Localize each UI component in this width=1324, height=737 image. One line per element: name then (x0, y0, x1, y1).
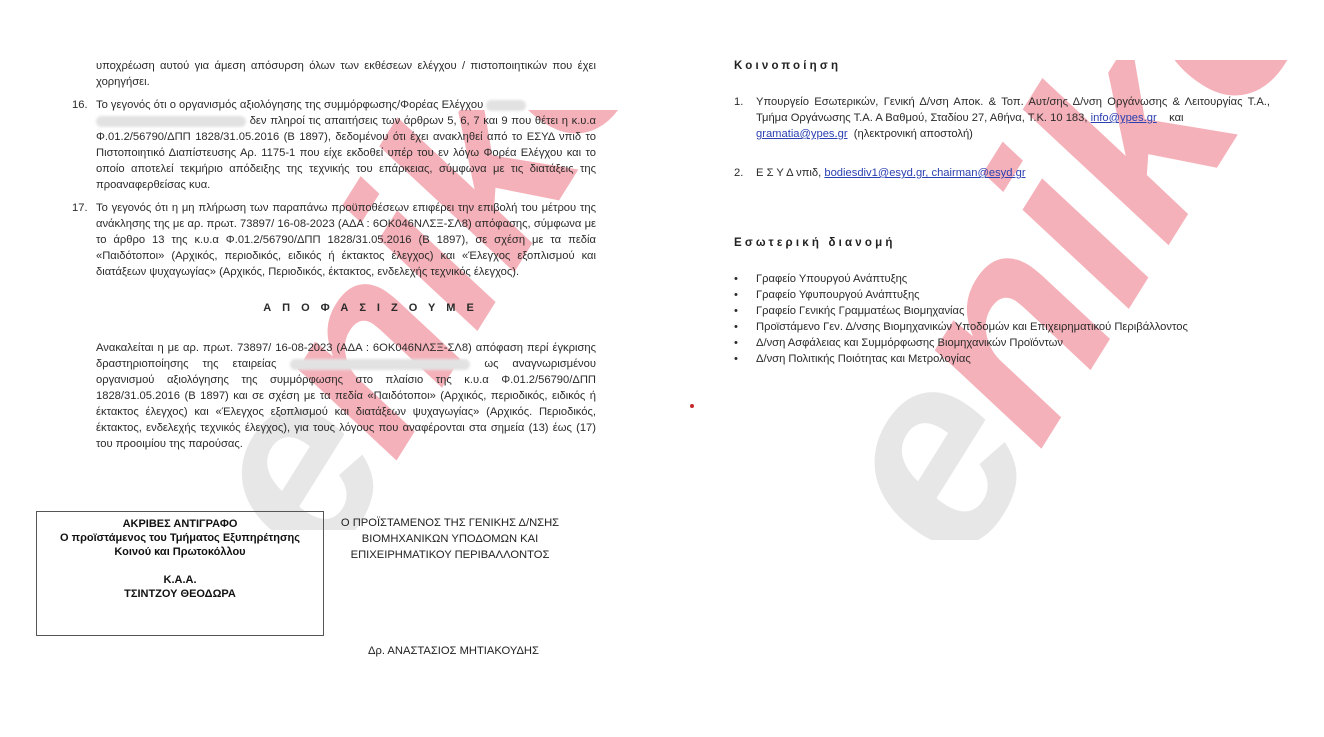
certified-copy-stamp: ΑΚΡΙΒΕΣ ΑΝΤΙΓΡΑΦΟ Ο προϊστάμενος του Τμή… (36, 511, 324, 636)
redacted-name (96, 116, 246, 127)
bullet-icon: • (734, 303, 756, 319)
email-link-info[interactable]: info@ypes.gr (1091, 112, 1157, 124)
item-number: 17. (72, 200, 96, 280)
left-page: υποχρέωση αυτού για άμεση απόσυρση όλων … (72, 58, 596, 452)
bullet-icon: • (734, 271, 756, 287)
signer-title: Ο ΠΡΟΪΣΤΑΜΕΝΟΣ ΤΗΣ ΓΕΝΙΚΗΣ Δ/ΝΣΗΣ ΒΙΟΜΗΧ… (334, 515, 566, 563)
distribution-item-text: Δ/νση Ασφάλειας και Συμμόρφωσης Βιομηχαν… (756, 335, 1063, 351)
distribution-heading: Εσωτερική διανομή (734, 235, 1270, 251)
email-link-gramatia[interactable]: gramatia@ypes.gr (756, 128, 848, 140)
distribution-item-text: Γραφείο Υπουργού Ανάπτυξης (756, 271, 907, 287)
signer-line-1: Ο ΠΡΟΪΣΤΑΜΕΝΟΣ ΤΗΣ ΓΕΝΙΚΗΣ Δ/ΝΣΗΣ (334, 515, 566, 531)
item-number: 1. (734, 94, 756, 142)
list-item: •Δ/νση Ασφάλειας και Συμμόρφωσης Βιομηχα… (734, 335, 1270, 351)
item-17-body: Το γεγονός ότι η μη πλήρωση των παραπάνω… (96, 200, 596, 280)
bullet-icon: • (734, 351, 756, 367)
redacted-company (290, 359, 470, 370)
list-item-16: 16. Το γεγονός ότι ο οργανισμός αξιολόγη… (72, 97, 596, 193)
signer-line-2: ΒΙΟΜΗΧΑΝΙΚΩΝ ΥΠΟΔΟΜΩΝ ΚΑΙ (334, 531, 566, 547)
item-16-body: Το γεγονός ότι ο οργανισμός αξιολόγησης … (96, 97, 596, 193)
right-page: Κοινοποίηση 1. Υπουργείο Εσωτερικών, Γεν… (734, 58, 1270, 367)
stamp-name: ΤΣΙΝΤΖΟΥ ΘΕΟΔΩΡΑ (37, 587, 323, 601)
bullet-icon: • (734, 335, 756, 351)
item-number: 2. (734, 165, 756, 181)
distribution-item-text: Γραφείο Γενικής Γραμματέως Βιομηχανίας (756, 303, 964, 319)
stamp-department: Κοινού και Πρωτοκόλλου (37, 545, 323, 559)
paragraph-15-tail: υποχρέωση αυτού για άμεση απόσυρση όλων … (72, 58, 596, 90)
list-item: •Γραφείο Υπουργού Ανάπτυξης (734, 271, 1270, 287)
connector-text: και (1169, 112, 1183, 124)
stamp-role: Ο προϊστάμενος του Τμήματος Εξυπηρέτησης (37, 531, 323, 545)
notification-2-text: Ε Σ Υ Δ νπιδ, (756, 167, 821, 179)
item-number: 16. (72, 97, 96, 193)
distribution-item-text: Προϊστάμενο Γεν. Δ/νσης Βιομηχανικών Υπο… (756, 319, 1188, 335)
notification-item-1: 1. Υπουργείο Εσωτερικών, Γενική Δ/νση Απ… (734, 94, 1270, 142)
distribution-item-text: Δ/νση Πολιτικής Ποιότητας και Μετρολογία… (756, 351, 971, 367)
list-item: •Προϊστάμενο Γεν. Δ/νσης Βιομηχανικών Υπ… (734, 319, 1270, 335)
list-item: •Δ/νση Πολιτικής Ποιότητας και Μετρολογί… (734, 351, 1270, 367)
red-dot-mark (690, 404, 694, 408)
notification-1-text: Υπουργείο Εσωτερικών, Γενική Δ/νση Αποκ.… (756, 96, 1270, 124)
list-item: •Γραφείο Υφυπουργού Ανάπτυξης (734, 287, 1270, 303)
notification-2-body: Ε Σ Υ Δ νπιδ, bodiesdiv1@esyd.gr, chairm… (756, 165, 1270, 181)
decision-text-end: ως αναγνωρισμένου οργανισμού αξιολόγησης… (96, 358, 596, 450)
signer-line-3: ΕΠΙΧΕΙΡΗΜΑΤΙΚΟΥ ΠΕΡΙΒΑΛΛΟΝΤΟΣ (334, 547, 566, 563)
decision-body: Ανακαλείται η με αρ. πρωτ. 73897/ 16-08-… (72, 340, 596, 452)
bullet-icon: • (734, 319, 756, 335)
notification-heading: Κοινοποίηση (734, 58, 1270, 74)
notification-1-suffix: (ηλεκτρονική αποστολή) (854, 128, 973, 140)
stamp-kaa: Κ.Α.Α. (37, 573, 323, 587)
distribution-item-text: Γραφείο Υφυπουργού Ανάπτυξης (756, 287, 920, 303)
list-item-17: 17. Το γεγονός ότι η μη πλήρωση των παρα… (72, 200, 596, 280)
notification-1-body: Υπουργείο Εσωτερικών, Γενική Δ/νση Αποκ.… (756, 94, 1270, 142)
item-16-text-start: Το γεγονός ότι ο οργανισμός αξιολόγησης … (96, 99, 483, 111)
email-link-esyd[interactable]: bodiesdiv1@esyd.gr, chairman@esyd.gr (824, 167, 1025, 179)
list-item: •Γραφείο Γενικής Γραμματέως Βιομηχανίας (734, 303, 1270, 319)
redacted-name (486, 100, 526, 111)
decision-title: ΑΠΟΦΑΣΙΖΟΥΜΕ (152, 300, 596, 316)
stamp-title: ΑΚΡΙΒΕΣ ΑΝΤΙΓΡΑΦΟ (37, 517, 323, 531)
bullet-icon: • (734, 287, 756, 303)
distribution-list: •Γραφείο Υπουργού Ανάπτυξης •Γραφείο Υφυ… (734, 271, 1270, 367)
signer-name: Δρ. ΑΝΑΣΤΑΣΙΟΣ ΜΗΤΙΑΚΟΥΔΗΣ (368, 645, 539, 657)
notification-item-2: 2. Ε Σ Υ Δ νπιδ, bodiesdiv1@esyd.gr, cha… (734, 165, 1270, 181)
